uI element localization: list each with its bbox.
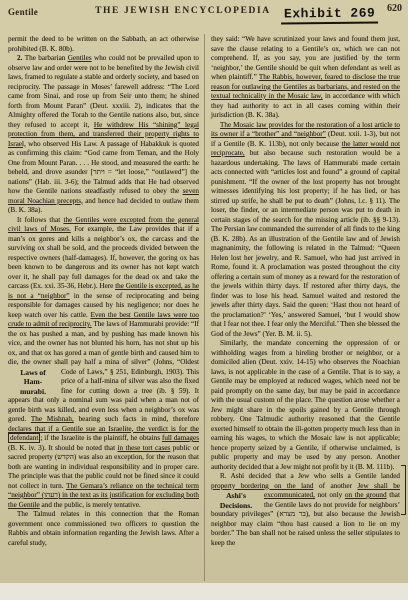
scan-edge (0, 583, 408, 600)
paragraph-scrutinized-laws: they said: “We have scrutinized your law… (211, 35, 400, 121)
paragraph-lost-article: The Mosaic law provides for the restorat… (211, 121, 400, 340)
paragraph-wages: Similarly, the mandate concerning the op… (211, 339, 400, 472)
paragraph-roman-officers: The Talmud relates in this connection th… (8, 510, 199, 548)
side-heading: Laws ofHam-murabi. (8, 368, 58, 397)
page-number: 620 (387, 3, 402, 14)
side-heading: Ashi'sDecisions. (211, 491, 261, 510)
text-columns: permit the deed to be written on the Sab… (7, 34, 401, 581)
paragraph-ashi-decisions: R. Ashi decided that a Jew who sells a G… (211, 472, 400, 548)
paragraph-civil-laws: It follows that the Gentiles were except… (8, 216, 199, 511)
handwritten-margin-bracket (401, 465, 406, 515)
left-column: permit the deed to be written on the Sab… (7, 34, 204, 581)
running-head: Gentile (8, 7, 38, 17)
paragraph-barbarian-gentiles: 2. The barbarian Gentiles who could not … (8, 54, 199, 216)
exhibit-stamp: Exhibit 269 (281, 5, 379, 24)
encyclopedia-title: THE JEWISH ENCYCLOPEDIA (95, 6, 271, 16)
paragraph-continuation: permit the deed to be written on the Sab… (8, 35, 199, 54)
scanned-page: Gentile THE JEWISH ENCYCLOPEDIA 620 Exhi… (0, 0, 408, 600)
right-column: they said: “We have scrutinized your law… (204, 34, 401, 581)
